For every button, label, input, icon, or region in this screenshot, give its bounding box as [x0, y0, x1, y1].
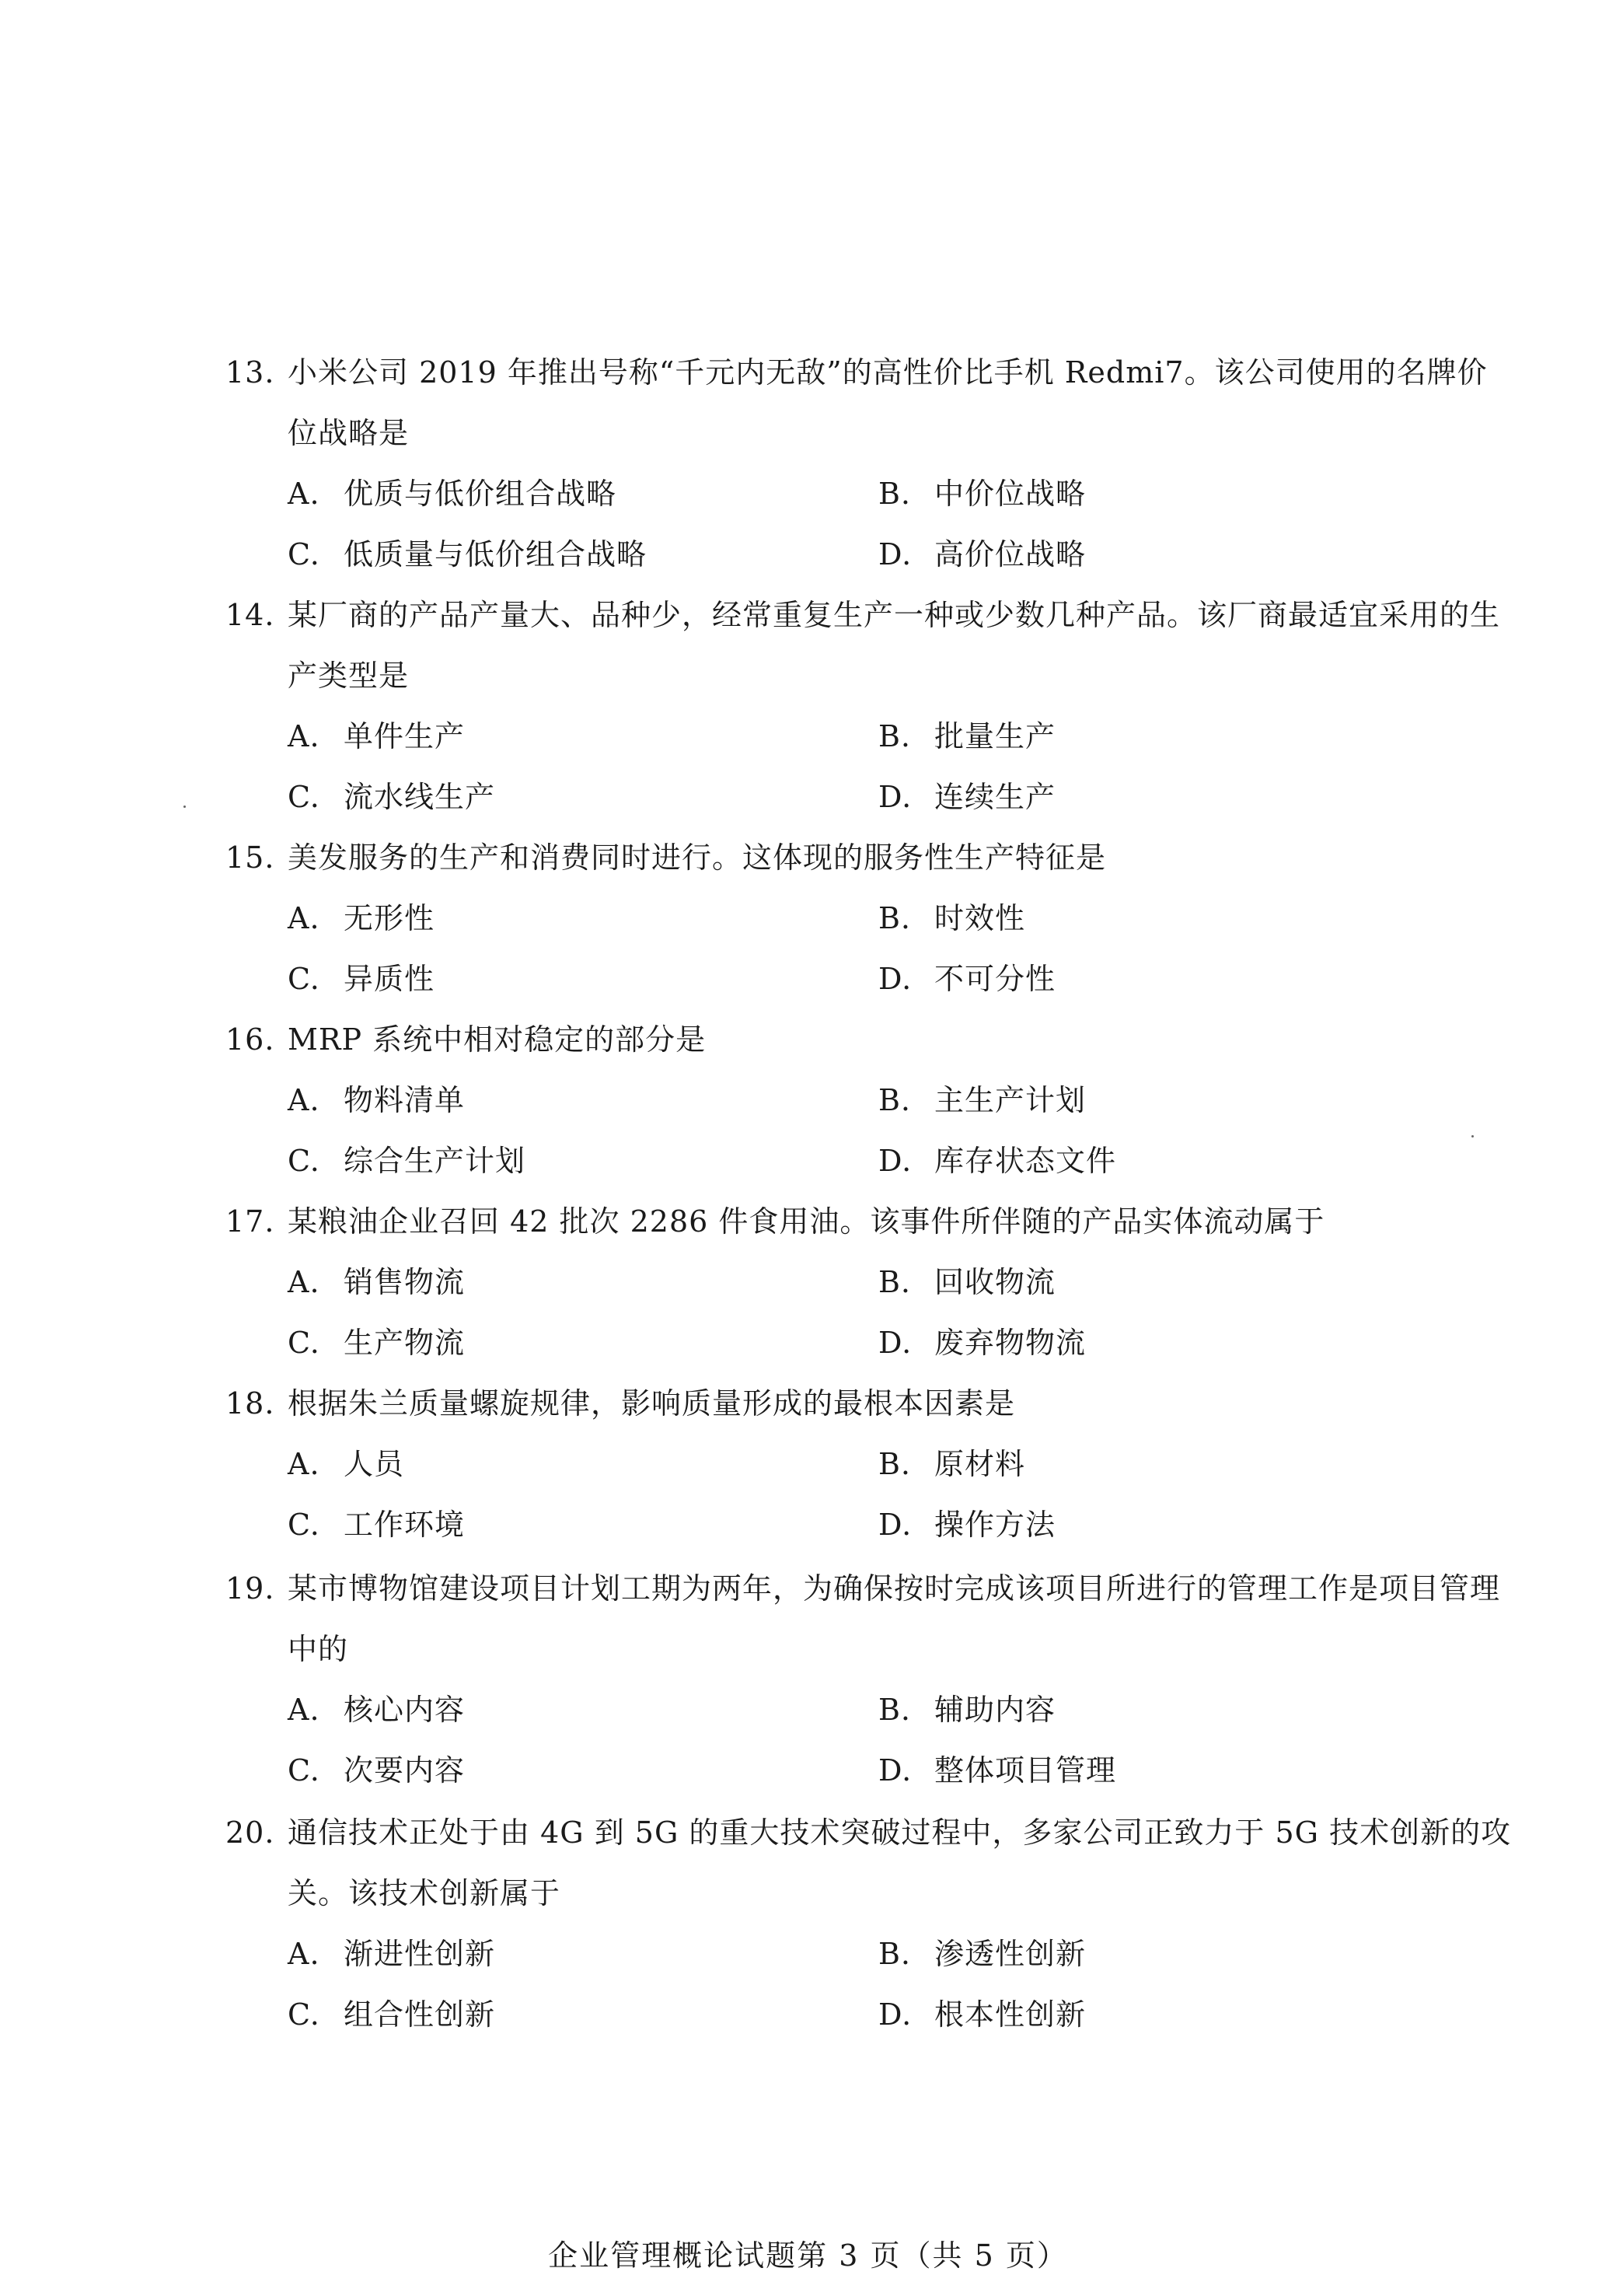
option-b: B.原材料: [878, 1434, 1469, 1494]
option-c: C.生产物流: [288, 1312, 878, 1373]
options-grid: A.单件生产 B.批量生产 C.流水线生产 D.连续生产: [288, 706, 1516, 827]
option-d: D.高价位战略: [878, 524, 1469, 585]
question-number: 16.: [225, 1009, 288, 1070]
question-stem: 19. 某市博物馆建设项目计划工期为两年，为确保按时完成该项目所进行的管理工作是…: [225, 1558, 1516, 1679]
question-number: 19.: [225, 1558, 288, 1679]
question-number: 14.: [225, 585, 288, 706]
question-16: 16. MRP 系统中相对稳定的部分是 A.物料清单 B.主生产计划 C.综合生…: [225, 1009, 1516, 1191]
question-text: 某市博物馆建设项目计划工期为两年，为确保按时完成该项目所进行的管理工作是项目管理…: [288, 1558, 1516, 1679]
question-text: 小米公司 2019 年推出号称“千元内无敌”的高性价比手机 Redmi7。该公司…: [288, 342, 1516, 463]
question-13: 13. 小米公司 2019 年推出号称“千元内无敌”的高性价比手机 Redmi7…: [225, 342, 1516, 585]
question-number: 15.: [225, 827, 288, 888]
option-d: D.根本性创新: [878, 1984, 1469, 2045]
question-stem: 14. 某厂商的产品产量大、品种少，经常重复生产一种或少数几种产品。该厂商最适宜…: [225, 585, 1516, 706]
question-text: 某粮油企业召回 42 批次 2286 件食用油。该事件所伴随的产品实体流动属于: [288, 1191, 1516, 1252]
option-b: B.辅助内容: [878, 1679, 1469, 1740]
question-text: MRP 系统中相对稳定的部分是: [288, 1009, 1516, 1070]
option-a: A.人员: [288, 1434, 878, 1494]
question-20: 20. 通信技术正处于由 4G 到 5G 的重大技术突破过程中，多家公司正致力于…: [225, 1802, 1516, 2045]
option-d: D.不可分性: [878, 949, 1469, 1009]
option-c: C.工作环境: [288, 1494, 878, 1555]
question-14: 14. 某厂商的产品产量大、品种少，经常重复生产一种或少数几种产品。该厂商最适宜…: [225, 585, 1516, 827]
question-18: 18. 根据朱兰质量螺旋规律，影响质量形成的最根本因素是 A.人员 B.原材料 …: [225, 1373, 1516, 1555]
option-d: D.废弃物物流: [878, 1312, 1469, 1373]
question-stem: 16. MRP 系统中相对稳定的部分是: [225, 1009, 1516, 1070]
option-d: D.连续生产: [878, 767, 1469, 827]
option-a: A.优质与低价组合战略: [288, 463, 878, 524]
question-stem: 17. 某粮油企业召回 42 批次 2286 件食用油。该事件所伴随的产品实体流…: [225, 1191, 1516, 1252]
question-text: 某厂商的产品产量大、品种少，经常重复生产一种或少数几种产品。该厂商最适宜采用的生…: [288, 585, 1516, 706]
option-a: A.无形性: [288, 888, 878, 949]
question-stem: 15. 美发服务的生产和消费同时进行。这体现的服务性生产特征是: [225, 827, 1516, 888]
option-b: B.渗透性创新: [878, 1924, 1469, 1984]
option-d: D.整体项目管理: [878, 1740, 1469, 1801]
question-text: 美发服务的生产和消费同时进行。这体现的服务性生产特征是: [288, 827, 1516, 888]
question-text: 通信技术正处于由 4G 到 5G 的重大技术突破过程中，多家公司正致力于 5G …: [288, 1802, 1516, 1924]
question-number: 20.: [225, 1802, 288, 1924]
option-b: B.回收物流: [878, 1252, 1469, 1312]
options-grid: A.人员 B.原材料 C.工作环境 D.操作方法: [288, 1434, 1516, 1555]
question-stem: 13. 小米公司 2019 年推出号称“千元内无敌”的高性价比手机 Redmi7…: [225, 342, 1516, 463]
option-b: B.时效性: [878, 888, 1469, 949]
question-19: 19. 某市博物馆建设项目计划工期为两年，为确保按时完成该项目所进行的管理工作是…: [225, 1558, 1516, 1801]
question-stem: 18. 根据朱兰质量螺旋规律，影响质量形成的最根本因素是: [225, 1373, 1516, 1434]
question-stem: 20. 通信技术正处于由 4G 到 5G 的重大技术突破过程中，多家公司正致力于…: [225, 1802, 1516, 1924]
question-17: 17. 某粮油企业召回 42 批次 2286 件食用油。该事件所伴随的产品实体流…: [225, 1191, 1516, 1373]
option-c: C.次要内容: [288, 1740, 878, 1801]
options-grid: A.销售物流 B.回收物流 C.生产物流 D.废弃物物流: [288, 1252, 1516, 1373]
question-number: 17.: [225, 1191, 288, 1252]
option-d: D.库存状态文件: [878, 1131, 1469, 1191]
options-grid: A.渐进性创新 B.渗透性创新 C.组合性创新 D.根本性创新: [288, 1924, 1516, 2045]
question-number: 18.: [225, 1373, 288, 1434]
option-a: A.单件生产: [288, 706, 878, 767]
scan-speck: [1471, 1135, 1474, 1138]
option-a: A.销售物流: [288, 1252, 878, 1312]
scan-speck: [183, 806, 186, 808]
question-15: 15. 美发服务的生产和消费同时进行。这体现的服务性生产特征是 A.无形性 B.…: [225, 827, 1516, 1009]
option-a: A.渐进性创新: [288, 1924, 878, 1984]
option-b: B.批量生产: [878, 706, 1469, 767]
option-c: C.综合生产计划: [288, 1131, 878, 1191]
options-grid: A.无形性 B.时效性 C.异质性 D.不可分性: [288, 888, 1516, 1009]
option-a: A.核心内容: [288, 1679, 878, 1740]
option-b: B.中价位战略: [878, 463, 1469, 524]
option-d: D.操作方法: [878, 1494, 1469, 1555]
page-footer: 企业管理概论试题第 3 页（共 5 页）: [0, 2231, 1616, 2274]
question-text: 根据朱兰质量螺旋规律，影响质量形成的最根本因素是: [288, 1373, 1516, 1434]
question-number: 13.: [225, 342, 288, 463]
option-c: C.流水线生产: [288, 767, 878, 827]
exam-page: 13. 小米公司 2019 年推出号称“千元内无敌”的高性价比手机 Redmi7…: [0, 0, 1616, 2296]
options-grid: A.核心内容 B.辅助内容 C.次要内容 D.整体项目管理: [288, 1679, 1516, 1801]
option-a: A.物料清单: [288, 1070, 878, 1131]
option-b: B.主生产计划: [878, 1070, 1469, 1131]
option-c: C.低质量与低价组合战略: [288, 524, 878, 585]
options-grid: A.物料清单 B.主生产计划 C.综合生产计划 D.库存状态文件: [288, 1070, 1516, 1191]
options-grid: A.优质与低价组合战略 B.中价位战略 C.低质量与低价组合战略 D.高价位战略: [288, 463, 1516, 585]
option-c: C.组合性创新: [288, 1984, 878, 2045]
option-c: C.异质性: [288, 949, 878, 1009]
